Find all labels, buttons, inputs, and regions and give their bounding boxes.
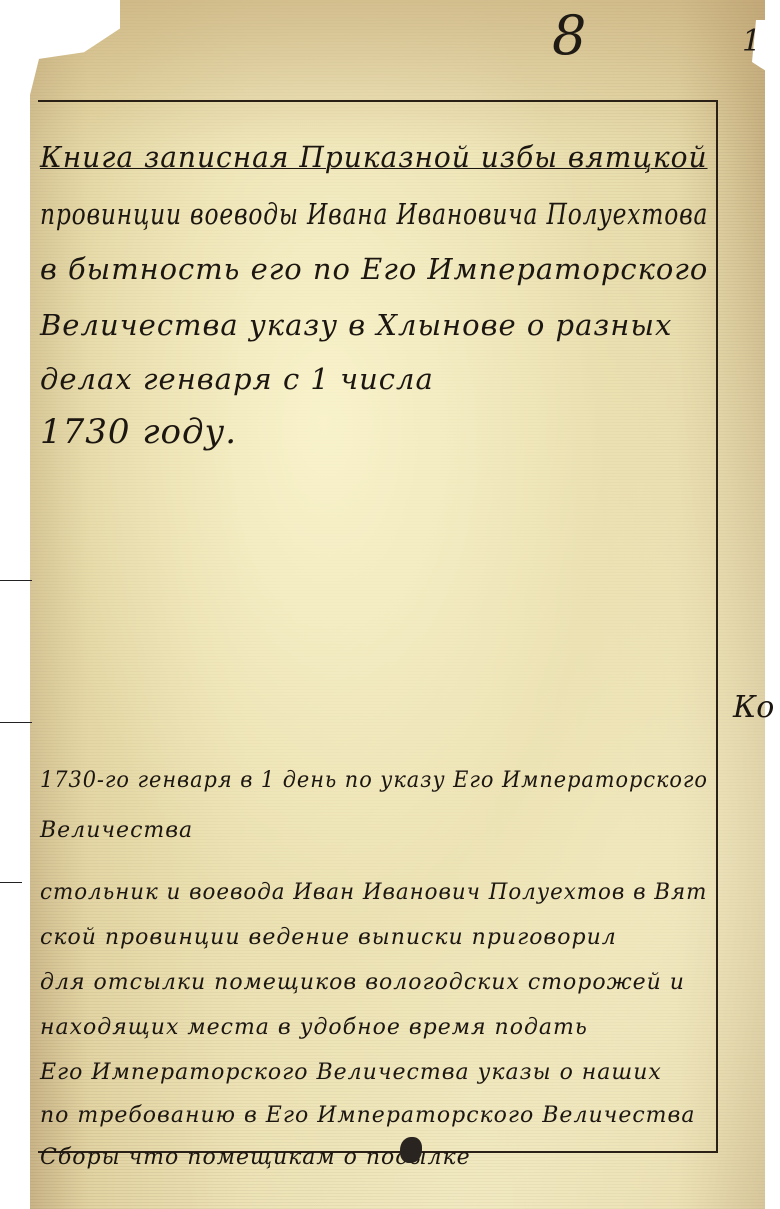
heading-line: провинции воеводы Ивана Ивановича Полуех… [40, 197, 708, 231]
scan-edge-mark [0, 722, 32, 723]
entry-line: Его Императорского Величества указы о на… [40, 1060, 662, 1085]
folio-number: 8 [552, 4, 586, 67]
heading-line: Величества указу в Хлынове о разных [40, 308, 672, 342]
scan-edge-mark [0, 882, 22, 883]
entry-line: для отсылки помещиков вологодских сторож… [40, 970, 685, 995]
entry-line: Величества [40, 818, 193, 843]
entry-line: ской провинции ведение выписки приговори… [40, 925, 617, 950]
entry-line: находящих места в удобное время подать [40, 1015, 588, 1040]
heading-line-year: 1730 году. [40, 412, 237, 452]
corner-mark: 1 [742, 24, 761, 59]
ink-blot [400, 1137, 422, 1163]
entry-line: по требованию в Его Императорского Велич… [40, 1103, 695, 1128]
margin-note: Ко [733, 690, 774, 725]
entry-line: 1730-го генваря в 1 день по указу Его Им… [40, 768, 708, 793]
heading-line: делах генваря с 1 числа [40, 362, 434, 396]
entry-line: стольник и воевода Иван Иванович Полуехт… [40, 880, 707, 905]
scan-edge-mark [0, 580, 32, 581]
heading-line: в бытность его по Его Императорского [40, 252, 708, 286]
heading-line: Книга записная Приказной избы вятцкой [40, 140, 708, 174]
